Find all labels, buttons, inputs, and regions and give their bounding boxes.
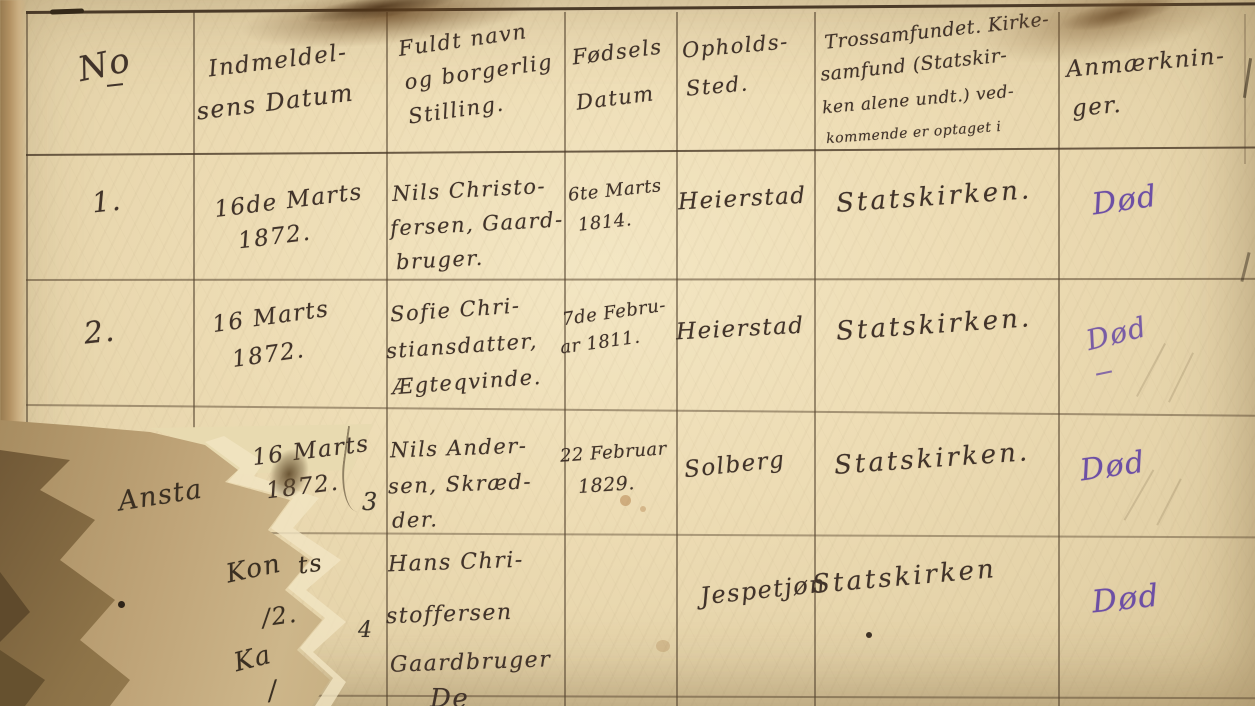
row4-remark-dead: Død xyxy=(1091,581,1162,619)
fragment-text-a: Ansta xyxy=(116,476,204,516)
row1-name-line2: fersen, Gaard- xyxy=(390,209,565,239)
row1-birth-line2: 1814. xyxy=(577,211,633,235)
row3-birth-line1: 22 Februar xyxy=(560,440,668,465)
brown-smudge-top-center-core xyxy=(299,0,461,29)
row1-no: 1. xyxy=(91,187,123,218)
header-no: No xyxy=(75,43,134,87)
row1-name-line3: bruger. xyxy=(396,248,485,274)
row4-name-line2: stoffersen xyxy=(386,602,513,628)
row2-birth-line1: 7de Febru- xyxy=(561,297,667,329)
row1-church: Statskirken. xyxy=(835,177,1033,217)
header-residence-line2: Sted. xyxy=(685,73,749,99)
row2-no: 2. xyxy=(83,316,118,349)
grid-vline-col-name xyxy=(564,12,566,706)
ink-speck-on-tear xyxy=(118,601,125,608)
header-birth-line1: Fødsels xyxy=(571,37,664,69)
header-name-line2: og borgerlig xyxy=(403,52,554,94)
header-church-line3: ken alene undt.) ved- xyxy=(822,84,1015,118)
row2-birth-line2: ar 1811. xyxy=(559,328,641,357)
header-no-underline xyxy=(107,83,123,87)
header-church-line1: Trossamfundet. Kirke- xyxy=(824,10,1050,52)
row1-enrollment-line1: 16de Marts xyxy=(213,181,364,222)
bleedthrough-stroke-2 xyxy=(1168,352,1194,402)
row2-church: Statskirken. xyxy=(835,305,1033,345)
header-name-line1: Fuldt navn xyxy=(397,21,528,60)
row2-enrollment-line2: 1872. xyxy=(231,339,307,372)
row1-name-line1: Nils Christo- xyxy=(392,176,547,205)
fragment-text-b: Kon xyxy=(224,551,284,588)
grid-hline-row2 xyxy=(26,404,1255,417)
header-remarks-line2: ger. xyxy=(1071,94,1123,121)
row3-birth-line2: 1829. xyxy=(577,474,635,497)
foxing-spot-3 xyxy=(656,640,670,652)
row4-residence: Jespetjøn xyxy=(699,571,827,608)
ink-dot-row4 xyxy=(866,632,872,638)
header-birth-line2: Datum xyxy=(575,83,656,113)
grid-hline-header-bottom xyxy=(26,146,1255,156)
header-enrollment-line2: sens Datum xyxy=(195,80,355,123)
fragment-text-d: /2. xyxy=(261,602,299,631)
row2-name-line1: Sofie Chri- xyxy=(389,295,521,325)
grid-vline-col-residence xyxy=(814,12,816,706)
row3-name-line2: sen, Skræd- xyxy=(388,471,533,497)
row3-name-line1: Nils Ander- xyxy=(390,436,528,462)
grid-hline-row1 xyxy=(26,278,1255,281)
row1-residence: Heierstad xyxy=(677,185,807,215)
header-church-line2: samfund (Statskir- xyxy=(820,46,1009,85)
row2-name-line3: Ægteqvinde. xyxy=(391,367,542,398)
ink-blob-line-start xyxy=(50,8,84,14)
row4-no-annotation: 4 xyxy=(358,620,372,642)
bleedthrough-stroke-1 xyxy=(1136,343,1166,397)
register-page-scan: No Indmeldel- sens Datum Fuldt navn og b… xyxy=(0,0,1255,706)
row3-remark-dead: Død xyxy=(1078,448,1147,487)
row2-remark-dead: Død xyxy=(1084,313,1151,355)
fragment-text-e: Ka xyxy=(231,642,274,676)
book-binding-edge xyxy=(0,0,27,706)
next-row-partial-text: De xyxy=(430,686,469,706)
row2-enrollment-line1: 16 Marts xyxy=(211,298,331,337)
bleedthrough-stroke-4 xyxy=(1156,478,1181,525)
grid-hline-row4 xyxy=(26,694,1255,699)
row3-church: Statskirken. xyxy=(833,439,1031,479)
fragment-text-c: ts xyxy=(296,550,324,577)
header-remarks-line1: Anmærknin- xyxy=(1065,45,1226,82)
grid-vline-col-no xyxy=(193,12,195,448)
grid-hline-top xyxy=(26,2,1255,14)
row3-enrollment-line2: 1872. xyxy=(265,472,341,504)
grid-vline-col-church xyxy=(1058,12,1060,706)
row2-residence: Heierstad xyxy=(675,315,805,345)
header-name-line3: Stilling. xyxy=(407,93,506,127)
grid-hline-row3 xyxy=(26,531,1255,538)
fragment-text-f: / xyxy=(266,677,281,704)
grid-vline-table-left xyxy=(26,12,28,432)
row4-name-line1: Hans Chri- xyxy=(388,550,524,577)
row3-residence: Solberg xyxy=(683,449,786,482)
row4-church: Statskirken xyxy=(811,556,997,598)
row3-name-line3: der. xyxy=(392,509,439,532)
grid-vline-col-birth xyxy=(676,12,678,706)
row2-name-line2: stiansdatter, xyxy=(385,331,538,363)
row1-enrollment-line2: 1872. xyxy=(237,222,313,254)
row2-remark-underline xyxy=(1096,370,1112,375)
foxing-spot-2 xyxy=(640,506,646,512)
row4-name-line3: Gaardbruger xyxy=(390,649,552,677)
header-residence-line1: Opholds- xyxy=(681,31,789,61)
row1-birth-line1: 6te Marts xyxy=(567,177,662,205)
row1-remark-dead: Død xyxy=(1090,182,1159,221)
foxing-spot-1 xyxy=(620,495,631,506)
header-church-line4: kommende er optaget i xyxy=(826,120,1002,146)
header-enrollment-line1: Indmeldel- xyxy=(207,42,349,82)
